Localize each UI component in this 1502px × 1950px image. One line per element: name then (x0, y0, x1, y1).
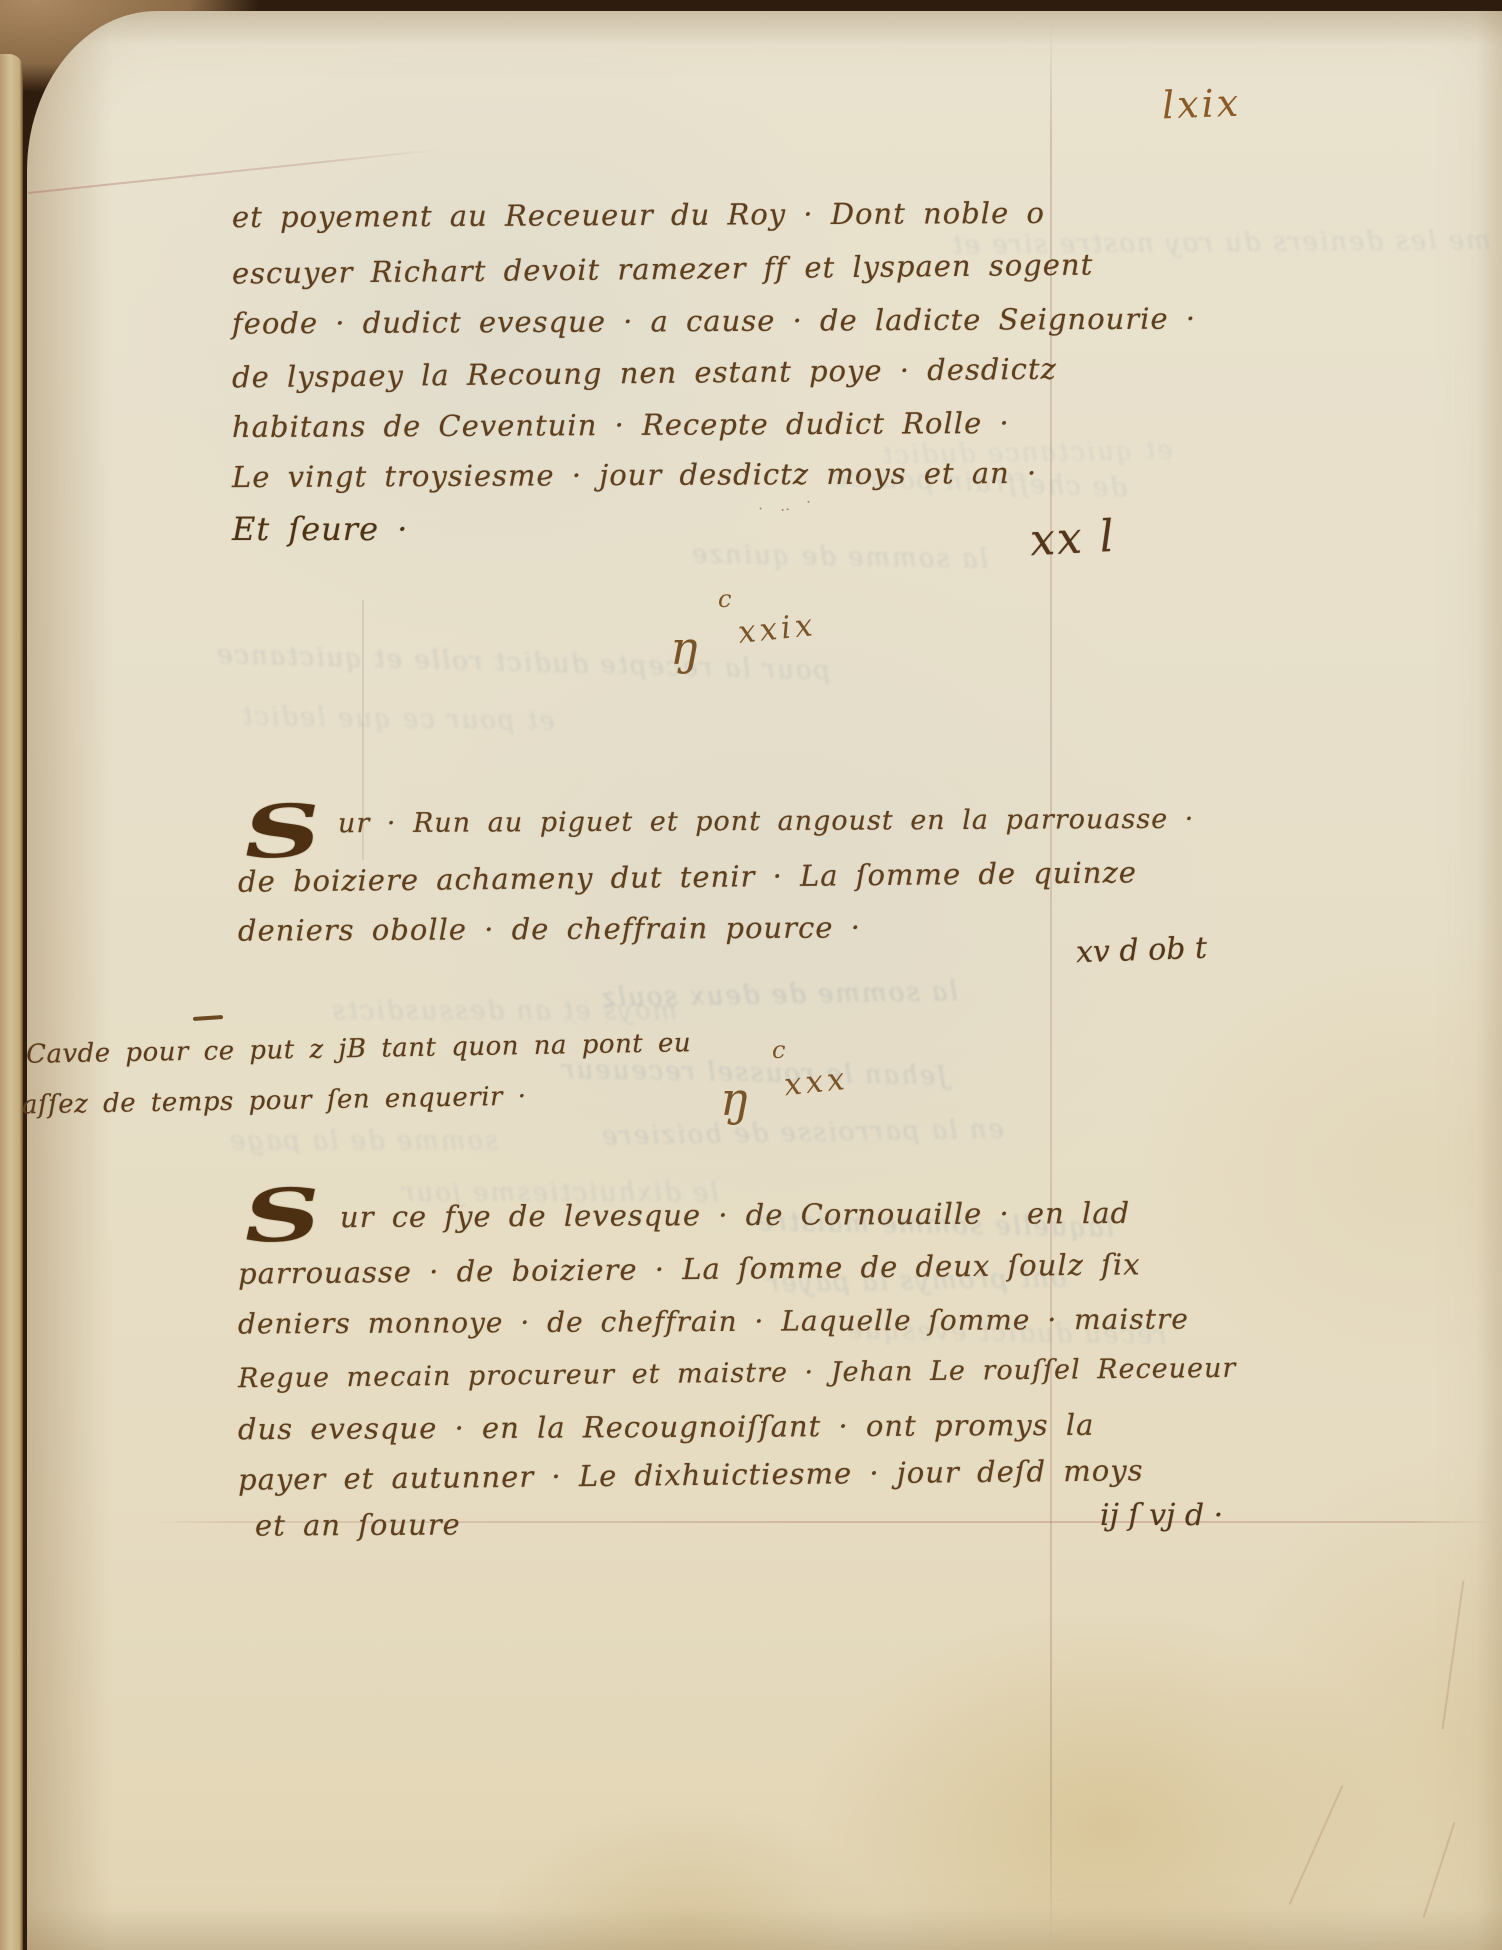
entry2-amount: xv d ob t (1075, 931, 1207, 971)
superscript-c: c (772, 1036, 785, 1064)
entry3-line: et an ſouure (255, 1507, 461, 1542)
entry3-line: dus evesque · en la Recougnoiſſant · ont… (238, 1408, 1095, 1446)
bleed-through-text: et pour ce que ledict (240, 701, 555, 736)
bleed-through-text: moys et an dessusdicts (330, 996, 677, 1026)
entry3-item-number: ŋ c xxx (712, 1036, 922, 1156)
folio-number: lxix (1161, 81, 1242, 128)
entry2-initial: S (240, 787, 325, 875)
previous-folio-edge (0, 54, 23, 1950)
entry1-line: et poyement au Receueur du Roy · Dont no… (232, 196, 1045, 234)
entry2-line: ur · Run au piguet et pont angoust en la… (338, 804, 1194, 839)
entry1-line: feode · dudict evesque · a cause · de la… (232, 301, 1196, 340)
paragraph-mark: ŋ (720, 1072, 750, 1126)
bleed-through-text: somme de la page (228, 1126, 499, 1156)
entry3-amount: ij ſ vj d · (1100, 1498, 1223, 1533)
paragraph-mark: ŋ (670, 621, 700, 675)
entry1-catchline: Et ſeure · (232, 510, 408, 548)
bleed-through-text: la somme de quinze (690, 539, 988, 574)
entry1-amount: xx l (1029, 511, 1117, 566)
superscript-c: c (718, 585, 731, 613)
manuscript-photo: me les deniers du roy nostre sire et la … (0, 0, 1502, 1950)
entry1-line: Le vingt troysiesme · jour desdictz moys… (232, 456, 1037, 494)
entry3-initial: S (240, 1171, 325, 1259)
entry2-item-number: ŋ c xxix (670, 585, 880, 705)
entry3-line: ur ce fye de levesque · de Cornouaille ·… (340, 1196, 1130, 1234)
roman-numeral: xxx (782, 1061, 850, 1104)
entry3-line: deniers monnoye · de cheffrain · Laquell… (238, 1303, 1189, 1341)
entry2-line: deniers obolle · de cheffrain pource · (238, 910, 861, 947)
roman-numeral: xxix (736, 607, 818, 651)
entry1-line: habitans de Ceventuin · Recepte dudict R… (232, 406, 1010, 444)
